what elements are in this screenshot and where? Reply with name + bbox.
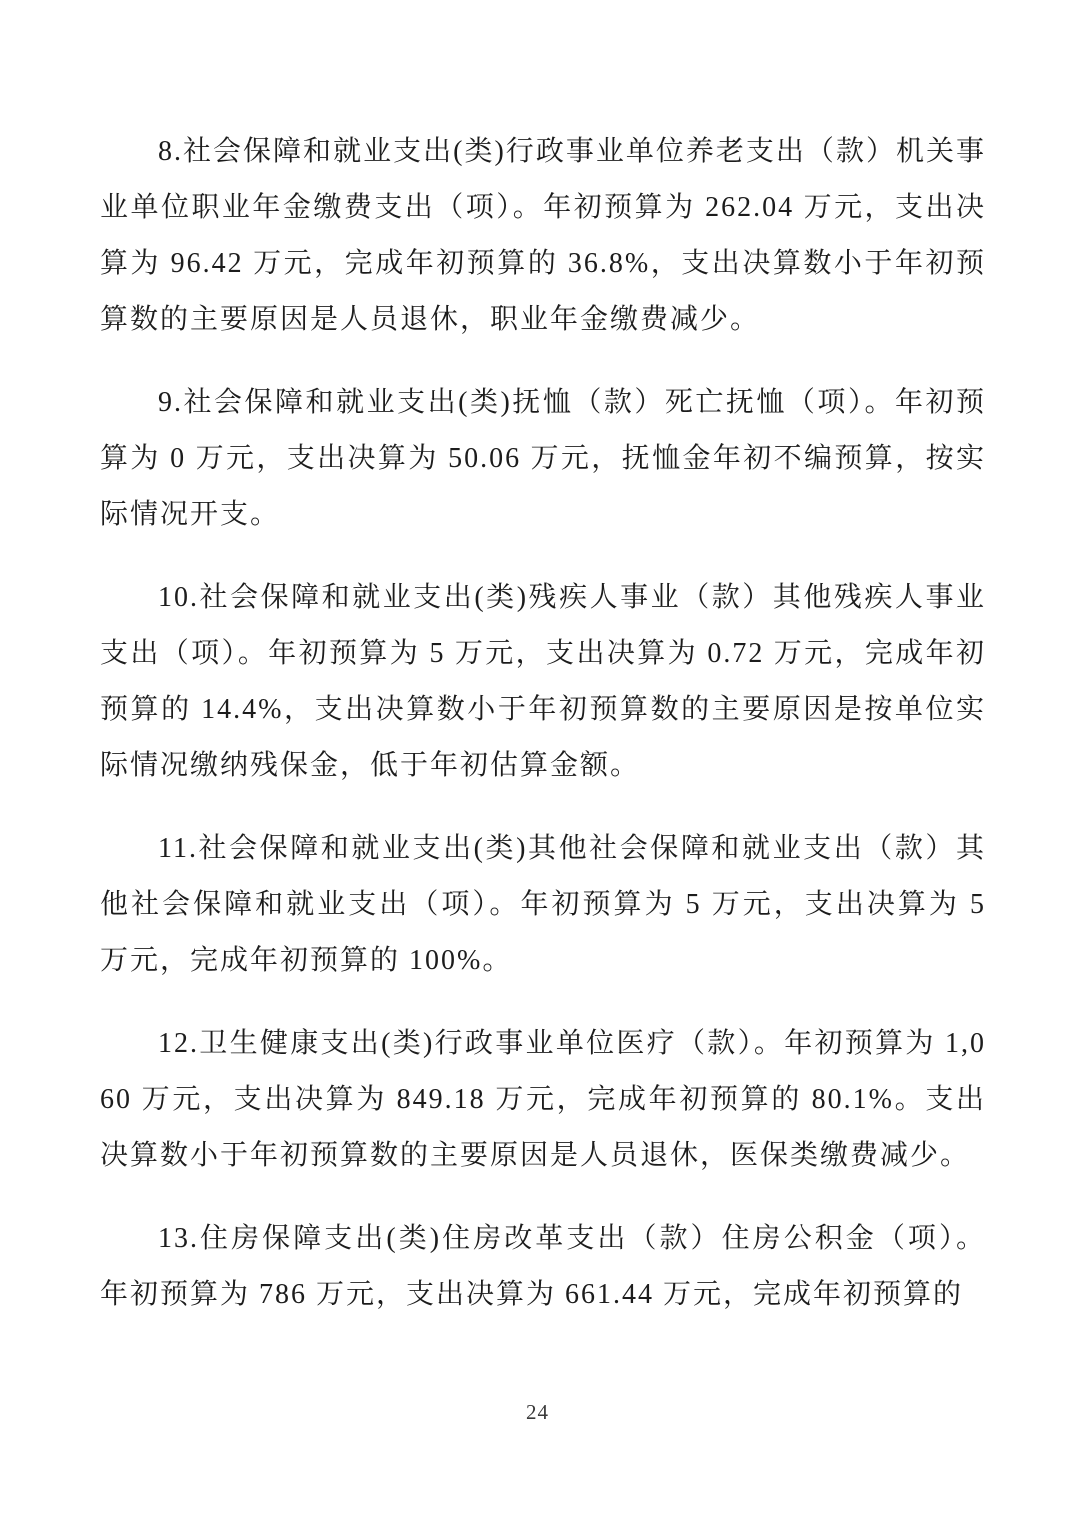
page-number: 24 (526, 1400, 549, 1424)
document-page: 8.社会保障和就业支出(类)行政事业单位养老支出（款）机关事业单位职业年金缴费支… (0, 0, 1075, 1520)
paragraph-item-11: 11.社会保障和就业支出(类)其他社会保障和就业支出（款）其他社会保障和就业支出… (100, 821, 986, 989)
paragraph-item-12: 12.卫生健康支出(类)行政事业单位医疗（款）。年初预算为 1,060 万元，支… (100, 1016, 986, 1184)
paragraph-item-13: 13.住房保障支出(类)住房改革支出（款）住房公积金（项）。年初预算为 786 … (100, 1211, 986, 1323)
paragraph-item-8: 8.社会保障和就业支出(类)行政事业单位养老支出（款）机关事业单位职业年金缴费支… (100, 124, 986, 348)
paragraph-item-9: 9.社会保障和就业支出(类)抚恤（款）死亡抚恤（项）。年初预算为 0 万元，支出… (100, 375, 986, 543)
paragraph-item-10: 10.社会保障和就业支出(类)残疾人事业（款）其他残疾人事业支出（项）。年初预算… (100, 570, 986, 794)
document-body: 8.社会保障和就业支出(类)行政事业单位养老支出（款）机关事业单位职业年金缴费支… (100, 124, 986, 1323)
page-footer: 24 (0, 1400, 1075, 1425)
